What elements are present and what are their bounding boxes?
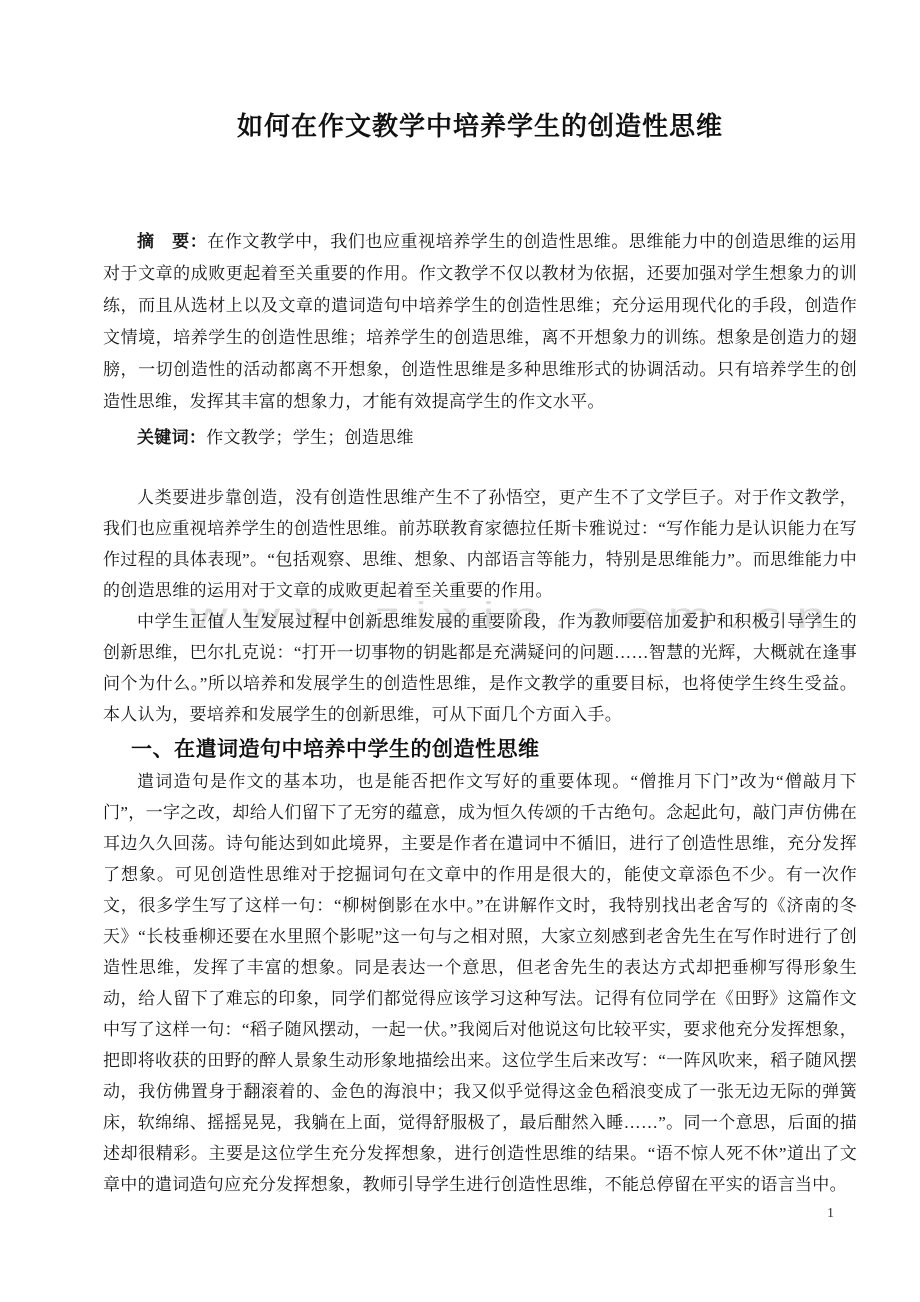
keywords: 关键词：作文教学；学生；创造思维 (103, 422, 857, 454)
abstract: 摘 要：在作文教学中，我们也应重视培养学生的创造性思维。思维能力中的创造思维的运… (103, 226, 857, 418)
document-page: www.zixin.com.cn 如何在作文教学中培养学生的创造性思维 摘 要：… (0, 0, 920, 1302)
document-content: 如何在作文教学中培养学生的创造性思维 摘 要：在作文教学中，我们也应重视培养学生… (103, 108, 857, 1200)
keywords-label: 关键词： (137, 428, 206, 447)
document-title: 如何在作文教学中培养学生的创造性思维 (103, 108, 857, 144)
abstract-label: 摘 要： (137, 232, 207, 251)
section-heading: 一、在遣词造句中培养中学生的创造性思维 (103, 734, 857, 766)
keywords-text: 作文教学；学生；创造思维 (206, 428, 414, 447)
section-paragraph: 遣词造句是作文的基本功，也是能否把作文写好的重要体现。“僧推月下门”改为“僧敲月… (103, 766, 857, 1200)
page-number: 1 (827, 1204, 834, 1224)
paragraph-1: 人类要进步靠创造，没有创造性思维产生不了孙悟空，更产生不了文学巨子。对于作文教学… (103, 482, 857, 606)
abstract-text: 在作文教学中，我们也应重视培养学生的创造性思维。思维能力中的创造思维的运用对于文… (103, 232, 857, 411)
paragraph-2: 中学生正值人生发展过程中创新思维发展的重要阶段，作为教师要倍加爱护和积极引导学生… (103, 606, 857, 730)
